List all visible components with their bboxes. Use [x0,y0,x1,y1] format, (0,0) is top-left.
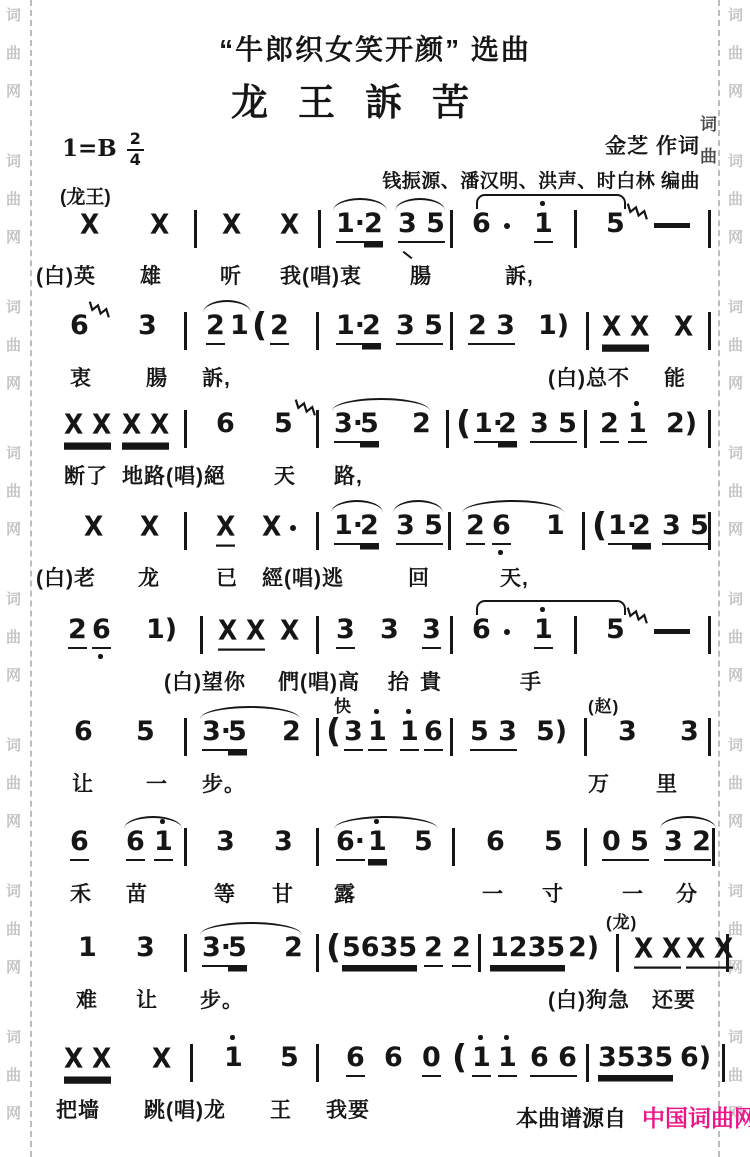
note: 5) [536,718,567,749]
key-signature: 1=B24 [62,131,144,169]
note: 3 5 [396,312,443,345]
barline [194,210,197,248]
note: 6 [384,1044,403,1075]
note: ( [326,718,341,755]
barline [200,616,203,654]
lyric-text: 已 [216,562,238,592]
note: 6 [486,828,505,859]
note-text: 2 [600,410,619,443]
note: 2 [362,312,381,345]
note-text: 3 5 [398,210,445,243]
lyric-text: (白)英 [36,260,96,290]
note: ( [456,410,471,447]
lyricist-credit: 金芝 作词 [382,130,700,160]
note: 3 [680,718,699,749]
note-text: 6 [424,718,443,751]
note-text: 3· [202,934,231,967]
watermark-char: 词 [728,154,743,169]
note-text: X X [602,312,649,347]
lyric-text: 苗 [126,878,148,908]
barline [184,828,187,866]
note-text: 2 [364,210,383,243]
lyric-text: 經(唱)逃 [262,562,344,592]
note: 3 5 [396,512,443,545]
note: 0 5 [602,828,649,861]
barline [708,410,711,448]
note-text: 1· [336,210,365,243]
octave-dot-above [634,401,639,406]
lyric-text: (白)望你 [164,666,246,696]
note-text: 6 [92,616,111,649]
note: 3 [138,312,157,343]
note: 2 [498,410,517,443]
phrase-slur [476,600,626,615]
note: 6 [70,828,89,861]
barline [316,828,319,866]
lyric-text: 步。 [202,768,246,798]
barline [574,210,577,248]
lyric-text: (白)老 [36,562,96,592]
note-text: ( [326,714,341,751]
lyric-text: 回 [408,562,430,592]
note: 5 [228,718,247,751]
barline [184,410,187,448]
tempo-or-role-label: (赵) [588,692,619,717]
note-text: X [152,1044,171,1076]
song-title: 龙王訴苦 [0,72,730,126]
note: 1) [146,616,177,647]
note-text: 2 [632,512,651,545]
note-text: 3 5 [662,512,709,545]
lyric-text: 把墙 [56,1094,100,1124]
note-text: 1) [146,616,177,647]
note: 2) [666,410,697,441]
barline [448,512,451,550]
lyric-text: 王 [270,1094,292,1124]
barline [316,718,319,756]
barline [584,410,587,448]
note-text: ( [252,308,267,345]
barline [586,312,589,350]
note: 6 [92,616,111,649]
note-text: X [140,512,159,544]
note: 6 [74,718,93,749]
augmentation-dot [504,629,510,635]
note: 5 [544,828,563,859]
barline [708,718,711,756]
score-line: X XX X653·52(1·23 5212)断了地路(唱)絕天路, [0,410,750,510]
lyric-text: 貴 [420,666,442,696]
lyric-text: 让 [72,768,94,798]
octave-dot-below [498,550,503,555]
lyric-text: 地路(唱)絕 [122,460,226,490]
lyric-text: 能 [664,362,686,392]
note: 1 [472,1044,491,1077]
note: 2 [68,616,87,649]
note: 6 [70,312,89,343]
note-text: 1 [534,616,553,649]
note-text: 2 [498,410,517,443]
note: 1 [368,718,387,751]
note-text: 3 5 [396,512,443,545]
note: X X [634,934,681,965]
note: 3535 [598,1044,673,1077]
lyric-text: 衷 [70,362,92,392]
barline [584,828,587,866]
note-text: 1· [334,512,363,545]
octave-dot-above [478,1035,483,1040]
note-text: 5) [536,718,567,749]
note: 2 [424,934,443,967]
dash-extension [654,629,690,634]
note: X X [64,410,111,441]
note: 1 [224,1044,243,1075]
note: X [84,512,103,541]
credits: 金芝 作词 钱振源、潘汉明、洪声、时白林 编曲 [382,130,700,193]
lyric-text: 难 [76,984,98,1014]
augmentation-dot [504,223,510,229]
note-text: 1 [154,828,173,861]
note: 6 [492,512,511,545]
watermark-char: 曲 [6,192,21,207]
barline [316,312,319,350]
note-text: 5 [280,1044,299,1075]
note-text: X X [64,410,111,445]
note: 1 [498,1044,517,1077]
score-line: (龙)133·52(56352212352)X XX X难让步。(白)狗急还要 [0,934,750,1034]
note: X [280,210,299,239]
note: 1 [368,828,387,861]
source-brand[interactable]: 中国词曲网 [642,1105,750,1131]
note-text: X X [64,1044,111,1079]
lyric-text: 雄 [140,260,162,290]
lyric-text: 步。 [200,984,244,1014]
composer-credit: 钱振源、潘汉明、洪声、时白林 编曲 [382,166,700,193]
watermark-char: 词 [6,154,21,169]
lyric-text: 我要 [326,1094,370,1124]
note-text: 3 [136,934,155,965]
note-text: X X [634,934,681,969]
note-text: 1 [368,828,387,861]
note-text: 3 [344,718,363,751]
note: 6 [216,410,235,441]
note: 2 [270,312,289,345]
note: 1 [628,410,647,443]
note-text: 2 [284,934,303,965]
octave-dot-below [98,654,103,659]
lyric-text: 訴, [202,362,231,392]
key-label: 1=B [62,135,117,162]
barline [450,210,453,248]
barline [708,312,711,350]
note: X [216,512,235,543]
note-text: 5 [544,828,563,859]
barline [450,718,453,756]
watermark-stray-char: 曲 [700,148,717,165]
score-line: 661336·15650 53 2禾苗等甘露一寸一分 [0,828,750,928]
note: ( [326,934,341,971]
lyric-text: 一 [146,768,168,798]
note: 1· [336,312,365,345]
note-text: 6 [472,616,491,647]
note-text: 1 [628,410,647,443]
note: 1· [336,210,365,243]
note-text: 3 5 [396,312,443,345]
note-text: 6 [472,210,491,241]
note-text: 6 6 [530,1044,577,1077]
lyric-text: 天 [274,460,296,490]
note-text: 1 [78,934,97,965]
barline [184,934,187,972]
portamento-tick [403,251,413,259]
meter-unit: 4 [127,151,144,169]
barline [316,410,319,448]
note-text: 2 [360,512,379,545]
note: 2 [466,512,485,545]
note-text: 2 [452,934,471,967]
note: 2 [360,512,379,545]
note: 3 [136,934,155,965]
lyric-text: 天, [500,562,529,592]
note-text: 1 [534,210,553,243]
note: X [262,512,281,541]
lyric-text: (白)总不 [548,362,630,392]
note-text: 6) [680,1044,711,1075]
note: 6 [126,828,145,861]
note: 5 3 [470,718,517,751]
lyric-text: (白)狗急 [548,984,630,1014]
note-text: ( [452,1040,467,1077]
note: 3 [422,616,441,649]
note-text: 3 [422,616,441,649]
note: X [674,312,693,341]
note: 1 [534,210,553,243]
note: 3 2 [664,828,711,861]
note: X X [602,312,649,343]
lyric-text: 分 [676,878,698,908]
note-text: 6 [492,512,511,545]
lyric-text: 一 [622,878,644,908]
note: 3· [202,934,231,967]
octave-dot-above [406,709,411,714]
note: 1 [534,616,553,649]
note: X [80,210,99,239]
octave-dot-above [374,709,379,714]
note: 6 [472,616,491,647]
note-text: 6 [70,312,89,343]
note: 5 [136,718,155,749]
note: 3 [274,828,293,859]
barline [616,934,619,972]
barline [184,718,187,756]
note: 2 [284,934,303,965]
note: 5 [228,934,247,967]
note-text: 5 [606,210,625,241]
lyric-text: 禾 [70,878,92,908]
lyric-text: 手 [520,666,542,696]
score-line: 快(赵)653·52(31165 35)33让一步。万里 [0,718,750,818]
note: 2 [452,934,471,967]
note-text: 1 [472,1044,491,1077]
barline [452,828,455,866]
note-text: 1235 [490,934,565,967]
note: 6 [424,718,443,751]
octave-dot-above [540,607,545,612]
barline [450,616,453,654]
note-text: 3 [274,828,293,859]
watermark-stray-char: 词 [700,116,717,133]
lyric-text: 断了 [64,460,108,490]
note-text: X X [218,616,265,651]
note-text: 2 [466,512,485,545]
phrase-slur [476,194,626,209]
barline [726,934,729,972]
lyric-text: 让 [136,984,158,1014]
note-text: X [150,210,169,242]
note: X X [218,616,265,647]
barline [574,616,577,654]
note-text: X [216,512,235,547]
note: 6 6 [530,1044,577,1077]
score-line: XXXX1·23 5261(1·23 5(白)老龙已經(唱)逃回天, [0,512,750,612]
barline [316,1044,319,1082]
note-text: 6 [486,828,505,859]
note: 3 [336,616,355,649]
note-text: 5 [228,718,247,751]
note: 2 [206,312,225,345]
note-text: 0 5 [602,828,649,861]
note-text: 2 [362,312,381,345]
note: 3 5 [530,410,577,443]
note-text: 5 [228,934,247,967]
wavy-line-icon [622,200,653,227]
note-text: ( [592,508,607,545]
note-text: 5 [414,828,433,859]
note: X [150,210,169,239]
lyric-text: 我(唱)衷 [280,260,362,290]
note-text: 2 [206,312,225,345]
note-text: 5 [274,410,293,441]
lyric-text: 腸 [146,362,168,392]
dash-extension [654,223,690,228]
note: 3 5 [662,512,709,545]
note: X [140,512,159,541]
note: ( [592,512,607,549]
watermark-char: 网 [728,84,743,99]
barline [584,718,587,756]
lyric-text: 万 [588,768,610,798]
barline [316,512,319,550]
augmentation-dot [290,525,296,531]
barline [708,512,711,550]
note-text: 3 [618,718,637,749]
note: 2 [412,410,431,441]
note-text: 2 [282,718,301,749]
barline [446,410,449,448]
note-text: 2 [424,934,443,967]
note: 1· [334,512,363,545]
note: 5635 [342,934,417,967]
note: X [280,616,299,645]
barline [722,1044,725,1082]
barline [586,1044,589,1082]
octave-dot-above [160,819,165,824]
lyric-text: 抬 [388,666,410,696]
note: ( [452,1044,467,1081]
lyric-text: 訴, [505,260,534,290]
note: 3 [380,616,399,647]
note: 1 [78,934,97,965]
lyric-text: 龙 [138,562,160,592]
note-text: 3 5 [530,410,577,443]
note-text: 1· [336,312,365,345]
time-signature: 24 [127,131,144,169]
watermark-char: 曲 [728,192,743,207]
barline [708,210,711,248]
note-text: X X [122,410,169,445]
note-text: X [262,512,281,544]
note: 5 [606,616,625,647]
note-text: 3 [380,616,399,647]
note-text: 2 [270,312,289,345]
watermark-char: 词 [728,8,743,23]
note-text: 2) [666,410,697,441]
barline [450,312,453,350]
note: 1 [546,512,565,543]
note-text: 6 [384,1044,403,1075]
note-text: 3535 [598,1044,673,1077]
meter-beats: 2 [127,131,144,151]
note: 5 [280,1044,299,1075]
note-text: 3 [680,718,699,749]
barline [184,312,187,350]
note-text: X [280,210,299,242]
note-text: 1 [230,312,249,343]
note-text: 6 [216,410,235,441]
barline [318,210,321,248]
note: 5 [274,410,293,441]
note-text: 5 3 [470,718,517,751]
note: 0 [422,1044,441,1077]
lyric-text: 里 [656,768,678,798]
octave-dot-above [230,1035,235,1040]
note-text: 2 [412,410,431,441]
note-text: X [84,512,103,544]
score-line: 6321(21·23 52 31)X XX衷腸訴,(白)总不能 [0,312,750,412]
lyric-text: 还要 [652,984,696,1014]
lyric-text: 寸 [542,878,564,908]
note-text: 6· [336,828,365,861]
note: 2 3 [468,312,515,345]
note-text: 1 [498,1044,517,1077]
role-label: (龙王) [60,182,111,209]
barline [190,1044,193,1082]
lyric-text: 一 [482,878,504,908]
note: 1 [230,312,249,343]
note-text: 5 [606,616,625,647]
note: 6 [472,210,491,241]
note-text: 3 [216,828,235,859]
score-line: 261)X XX333615(白)望你們(唱)高抬貴手 [0,616,750,716]
note: 2) [568,934,599,965]
lyric-text: 腸 [410,260,432,290]
barline [712,828,715,866]
note-text: 5 [136,718,155,749]
octave-dot-above [504,1035,509,1040]
note-text: 6 [74,718,93,749]
note-text: 2 [68,616,87,649]
note: ( [252,312,267,349]
